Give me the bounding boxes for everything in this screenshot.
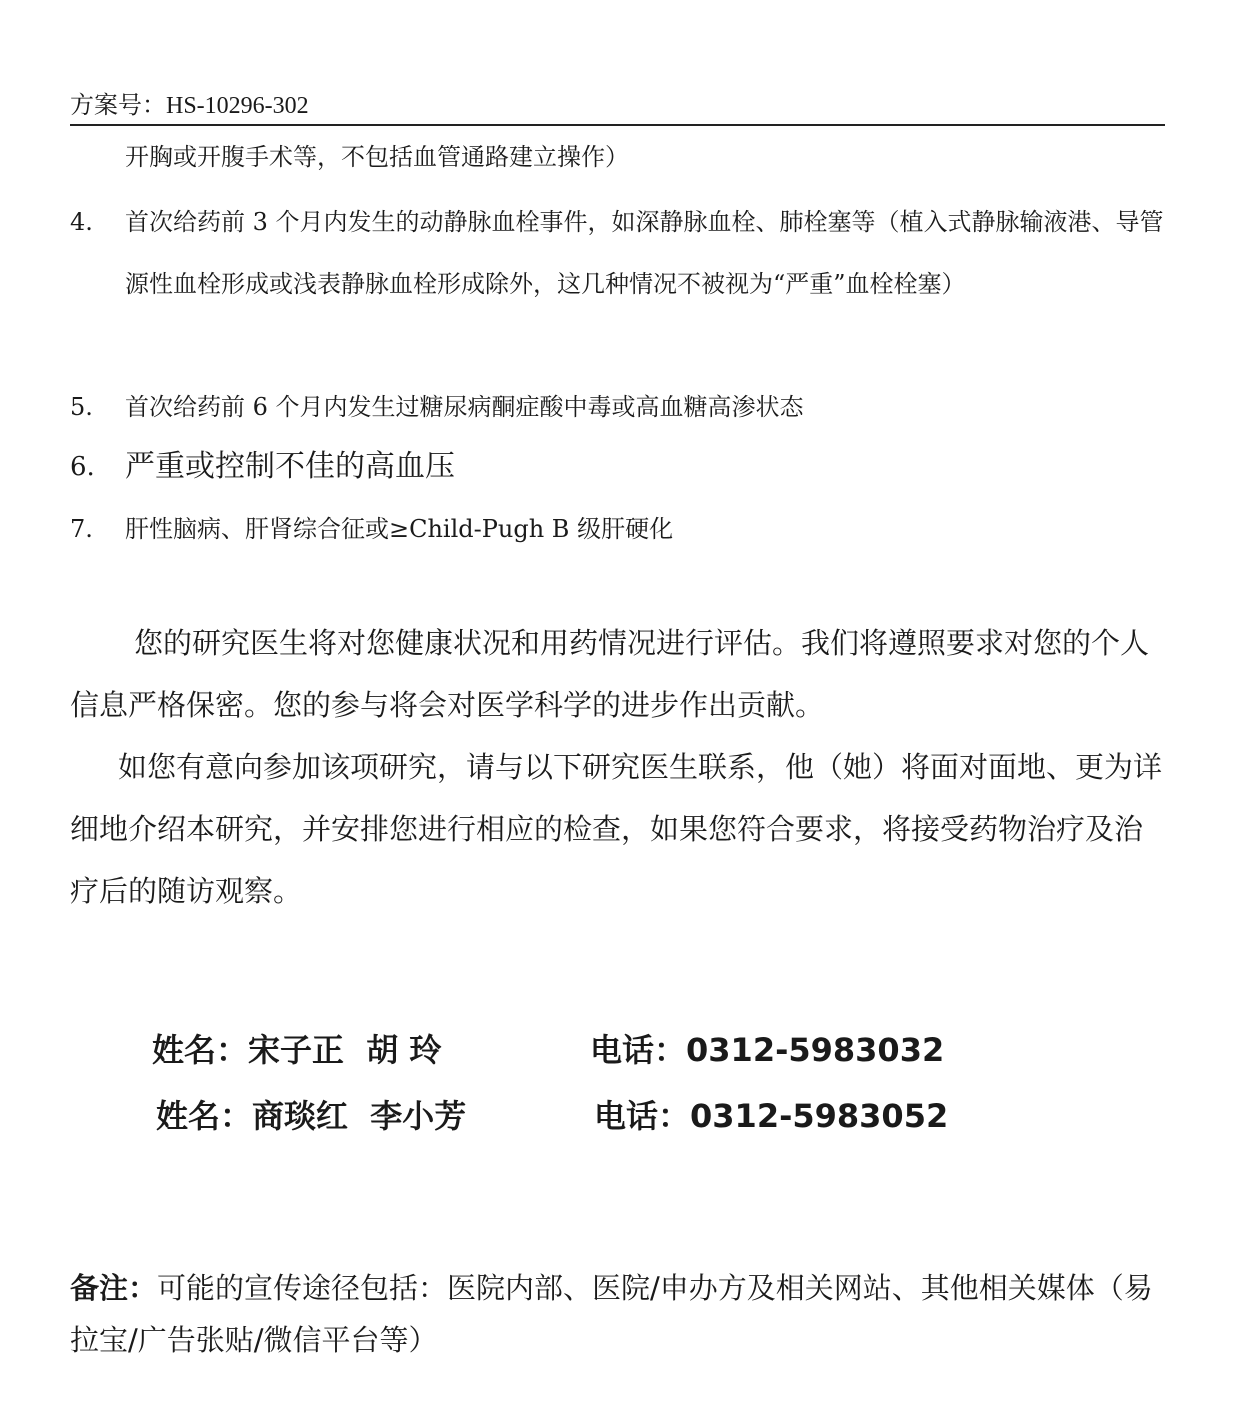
contact-name: 姓名：商琰红 李小芳	[156, 1094, 466, 1138]
criterion-text: 首次给药前 3 个月内发生的动静脉血栓事件，如深静脉血栓、肺栓塞等（植入式静脉输…	[125, 191, 1165, 315]
criterion-text: 肝性脑病、肝肾综合征或≥Child-Pugh B 级肝硬化	[125, 512, 1165, 546]
phone-label: 电话：	[594, 1097, 690, 1135]
criterion-number: 6.	[70, 447, 120, 487]
phone-number: 0312-5983032	[686, 1031, 944, 1069]
criterion-text: 首次给药前 6 个月内发生过糖尿病酮症酸中毒或高血糖高渗状态	[125, 390, 1165, 424]
criterion-number: 7.	[70, 512, 120, 546]
remarks-label: 备注：	[70, 1271, 157, 1305]
criterion-number: 4.	[70, 191, 120, 253]
criterion-continuation: 开胸或开腹手术等，不包括血管通路建立操作）	[125, 140, 629, 174]
assessment-paragraph: 您的研究医生将对您健康状况和用药情况进行评估。我们将遵照要求对您的个人信息严格保…	[70, 612, 1165, 736]
criterion-text: 严重或控制不佳的高血压	[125, 447, 1165, 487]
remarks-text: 可能的宣传途径包括：医院内部、医院/申办方及相关网站、其他相关媒体（易拉宝/广告…	[70, 1271, 1153, 1357]
page-header: 方案号：HS-10296-302	[70, 88, 1165, 123]
phone-number: 0312-5983052	[690, 1097, 948, 1135]
criterion-number: 5.	[70, 390, 120, 424]
protocol-label: 方案号：	[70, 91, 166, 119]
contact-phone: 电话：0312-5983032	[590, 1028, 944, 1072]
document-page: 方案号：HS-10296-302 开胸或开腹手术等，不包括血管通路建立操作） 4…	[0, 0, 1248, 1422]
contact-phone: 电话：0312-5983052	[594, 1094, 948, 1138]
name-label: 姓名：	[156, 1097, 252, 1135]
doctor-names: 宋子正 胡 玲	[248, 1031, 441, 1069]
doctor-names: 商琰红 李小芳	[252, 1097, 466, 1135]
name-label: 姓名：	[152, 1031, 248, 1069]
remarks: 备注：可能的宣传途径包括：医院内部、医院/申办方及相关网站、其他相关媒体（易拉宝…	[70, 1262, 1165, 1366]
header-divider	[70, 124, 1165, 126]
contact-name: 姓名：宋子正 胡 玲	[152, 1028, 441, 1072]
protocol-number: HS-10296-302	[166, 93, 309, 119]
contact-instructions-paragraph: 如您有意向参加该项研究，请与以下研究医生联系，他（她）将面对面地、更为详细地介绍…	[70, 736, 1165, 922]
phone-label: 电话：	[590, 1031, 686, 1069]
